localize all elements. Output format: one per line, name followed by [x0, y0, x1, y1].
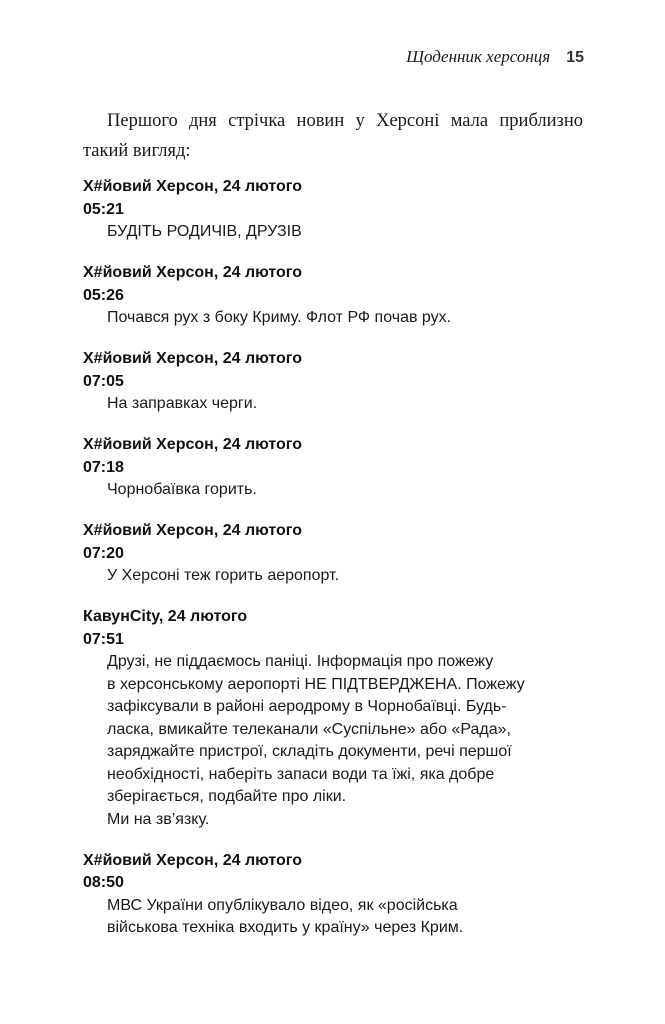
- post-line: зафіксували в районі аеродрому в Чорноба…: [107, 696, 593, 719]
- post-source: Х#йовий Херсон, 24 лютого: [83, 520, 593, 543]
- page-number: 15: [566, 49, 584, 67]
- post-source: Х#йовий Херсон, 24 лютого: [83, 434, 593, 457]
- intro-paragraph: Першого дня стрічка новин у Херсоні мала…: [83, 106, 583, 166]
- post-line: в херсонському аеропорті НЕ ПІДТВЕРДЖЕНА…: [107, 674, 593, 697]
- post-source: Х#йовий Херсон, 24 лютого: [83, 262, 593, 285]
- feed-post: Х#йовий Херсон, 24 лютого08:50МВС Україн…: [83, 850, 593, 940]
- post-time: 07:05: [83, 371, 593, 394]
- post-line: Чорнобаївка горить.: [107, 479, 593, 502]
- post-line: На заправках черги.: [107, 393, 593, 416]
- post-source: Х#йовий Херсон, 24 лютого: [83, 348, 593, 371]
- post-time: 07:18: [83, 457, 593, 480]
- feed-post: Х#йовий Херсон, 24 лютого05:26Почався ру…: [83, 262, 593, 330]
- news-feed: Х#йовий Херсон, 24 лютого05:21БУДІТЬ РОД…: [83, 176, 593, 958]
- post-line: військова техніка входить у країну» чере…: [107, 917, 593, 940]
- post-time: 05:21: [83, 199, 593, 222]
- running-head: Щоденник херсонця 15: [406, 47, 584, 67]
- post-source: Х#йовий Херсон, 24 лютого: [83, 850, 593, 873]
- post-line: Друзі, не піддаємось паніці. Інформація …: [107, 651, 593, 674]
- post-line: У Херсоні теж горить аеропорт.: [107, 565, 593, 588]
- post-source: Х#йовий Херсон, 24 лютого: [83, 176, 593, 199]
- feed-post: КавунCity, 24 лютого07:51Друзі, не підда…: [83, 606, 593, 831]
- post-body: Друзі, не піддаємось паніці. Інформація …: [83, 651, 593, 831]
- post-body: БУДІТЬ РОДИЧІВ, ДРУЗІВ: [83, 221, 593, 244]
- post-time: 07:20: [83, 543, 593, 566]
- post-source: КавунCity, 24 лютого: [83, 606, 593, 629]
- post-line: БУДІТЬ РОДИЧІВ, ДРУЗІВ: [107, 221, 593, 244]
- post-line: заряджайте пристрої, складіть документи,…: [107, 741, 593, 764]
- post-line: МВС України опублікувало відео, як «росі…: [107, 895, 593, 918]
- post-body: Почався рух з боку Криму. Флот РФ почав …: [83, 307, 593, 330]
- book-title: Щоденник херсонця: [406, 47, 550, 67]
- feed-post: Х#йовий Херсон, 24 лютого07:05На заправк…: [83, 348, 593, 416]
- post-time: 07:51: [83, 629, 593, 652]
- post-body: У Херсоні теж горить аеропорт.: [83, 565, 593, 588]
- feed-post: Х#йовий Херсон, 24 лютого05:21БУДІТЬ РОД…: [83, 176, 593, 244]
- post-body: На заправках черги.: [83, 393, 593, 416]
- post-line: ласка, вмикайте телеканали «Суспільне» а…: [107, 719, 593, 742]
- feed-post: Х#йовий Херсон, 24 лютого07:18Чорнобаївк…: [83, 434, 593, 502]
- post-time: 08:50: [83, 872, 593, 895]
- post-line: зберігається, подбайте про ліки.: [107, 786, 593, 809]
- post-line: необхідності, наберіть запаси води та їж…: [107, 764, 593, 787]
- post-body: Чорнобаївка горить.: [83, 479, 593, 502]
- post-body: МВС України опублікувало відео, як «росі…: [83, 895, 593, 940]
- post-line: Ми на зв’язку.: [107, 809, 593, 832]
- post-line: Почався рух з боку Криму. Флот РФ почав …: [107, 307, 593, 330]
- post-time: 05:26: [83, 285, 593, 308]
- feed-post: Х#йовий Херсон, 24 лютого07:20У Херсоні …: [83, 520, 593, 588]
